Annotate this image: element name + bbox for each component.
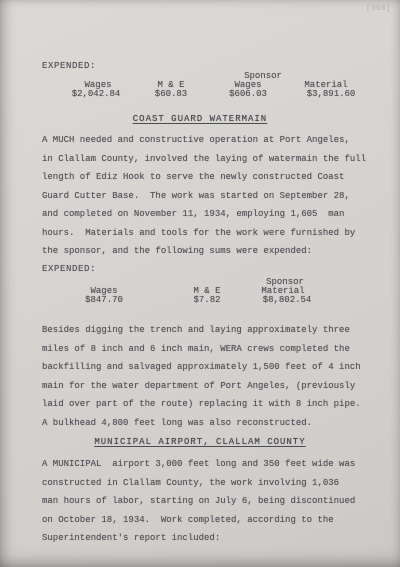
section-heading-coast-guard: COAST GUARD WATERMAIN	[0, 114, 400, 124]
page-number-stamp: [366]	[366, 5, 391, 13]
expended-table-1: Sponsor Wages M & E Wages Material $2,04…	[0, 71, 400, 103]
text-line: constructed in Clallam County, the work …	[42, 474, 380, 493]
text-line: man hours of labor, starting on July 6, …	[42, 492, 380, 511]
text-line: main for the water department of Port An…	[42, 377, 380, 396]
text-line: Guard Cutter Base. The work was started …	[42, 187, 380, 206]
text-line: in Clallam County, involved the laying o…	[42, 150, 380, 169]
text-line: A MUCH needed and constructive operation…	[42, 131, 380, 150]
sponsor-wages-value: $606.03	[229, 89, 267, 99]
paragraph-airport: A MUNICIPAL airport 3,000 feet long and …	[42, 455, 380, 548]
text-line: hours. Materials and tools for the work …	[42, 224, 380, 243]
material-value: $8,802.54	[263, 295, 312, 305]
text-line: Superintendent's report included:	[42, 529, 380, 548]
m-and-e-value: $60.83	[155, 89, 187, 99]
wages-value: $2,042.84	[72, 89, 121, 99]
expended-label-1: EXPENDED:	[42, 61, 96, 71]
material-value: $3,891.60	[307, 89, 356, 99]
text-line: backfilling and salvaged approximately 1…	[42, 358, 380, 377]
m-and-e-value: $7.82	[193, 295, 220, 305]
document-page: [366] EXPENDED: Sponsor Wages M & E Wage…	[0, 0, 400, 567]
text-line: on October 18, 1934. Work completed, acc…	[42, 511, 380, 530]
paragraph-coast-guard: A MUCH needed and constructive operation…	[42, 131, 380, 261]
text-line: the sponsor, and the following sums were…	[42, 242, 380, 261]
text-line: A MUNICIPAL airport 3,000 feet long and …	[42, 455, 380, 474]
expended-label-2: EXPENDED:	[42, 264, 96, 274]
text-line: miles of 8 inch and 6 inch main, WERA cr…	[42, 340, 380, 359]
text-line: Besides digging the trench and laying ap…	[42, 321, 380, 340]
text-line: and completed on November 11, 1934, empl…	[42, 205, 380, 224]
paragraph-trench: Besides digging the trench and laying ap…	[42, 321, 380, 432]
expended-table-2: Sponsor Wages M & E Material $847.70 $7.…	[0, 277, 400, 309]
section-heading-airport: MUNICIPAL AIRPORT, CLALLAM COUNTY	[0, 437, 400, 447]
text-line: length of Ediz Hook to serve the newly c…	[42, 168, 380, 187]
text-line: laid over part of the route) replacing i…	[42, 395, 380, 414]
text-line: A bulkhead 4,800 feet long was also reco…	[42, 414, 380, 433]
wages-value: $847.70	[85, 295, 123, 305]
